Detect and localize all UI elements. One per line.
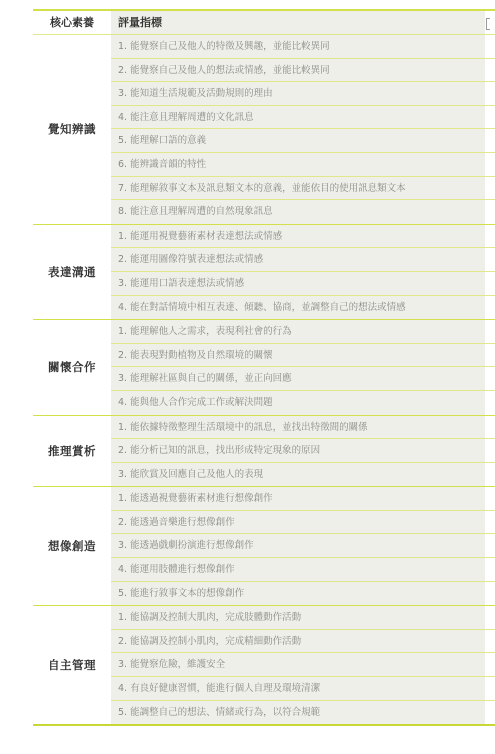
indicator-text: 1. 能協調及控制大肌肉，完成肢體動作活動	[111, 606, 485, 629]
indicator-row: 4. 能在對話情境中相互表達、傾聽、協商，並調整自己的想法或情感	[111, 296, 495, 320]
row-gap	[485, 534, 495, 557]
cutoff-glyph-icon	[486, 18, 490, 30]
competency-label: 關懷合作	[33, 320, 111, 414]
indicator-list: 1. 能理解他人之需求，表現利社會的行為2. 能表現對動植物及自然環境的關懷3.…	[111, 320, 495, 414]
row-gap	[485, 701, 495, 725]
indicator-list: 1. 能運用視覺藝術素材表達想法或情感2. 能運用圖像符號表達想法或情感3. 能…	[111, 225, 495, 319]
indicator-text: 2. 能表現對動植物及自然環境的關懷	[111, 344, 485, 367]
indicator-row: 5. 能進行敘事文本的想像創作	[111, 582, 495, 606]
competency-section: 覺知辨識1. 能覺察自己及他人的特徵及興趣，並能比較異同2. 能覺察自己及他人的…	[33, 35, 495, 225]
indicator-text: 7. 能理解敘事文本及訊息類文本的意義，並能依目的使用訊息類文本	[111, 177, 485, 200]
indicator-list: 1. 能協調及控制大肌肉，完成肢體動作活動2. 能協調及控制小肌肉，完成精細動作…	[111, 606, 495, 724]
row-gap	[485, 367, 495, 390]
indicator-row: 1. 能透過視覺藝術素材進行想像創作	[111, 487, 495, 511]
indicator-text: 5. 能進行敘事文本的想像創作	[111, 582, 485, 606]
indicator-text: 3. 能覺察危險，維護安全	[111, 653, 485, 676]
row-gap	[485, 558, 495, 581]
row-gap	[485, 630, 495, 653]
indicator-row: 1. 能依據特徵整理生活環境中的訊息，並找出特徵間的關係	[111, 416, 495, 440]
header-core-competency: 核心素養	[33, 11, 111, 34]
competency-section: 想像創造1. 能透過視覺藝術素材進行想像創作2. 能透過音樂進行想像創作3. 能…	[33, 487, 495, 606]
row-gap	[485, 511, 495, 534]
row-gap	[485, 35, 495, 58]
indicator-row: 2. 能表現對動植物及自然環境的關懷	[111, 344, 495, 368]
row-gap	[485, 272, 495, 295]
indicator-text: 1. 能運用視覺藝術素材表達想法或情感	[111, 225, 485, 248]
indicator-text: 1. 能理解他人之需求，表現利社會的行為	[111, 320, 485, 343]
row-gap	[485, 296, 495, 320]
indicator-text: 3. 能欣賞及回應自己及他人的表現	[111, 463, 485, 487]
row-gap	[485, 463, 495, 487]
row-gap	[485, 439, 495, 462]
indicator-text: 4. 能注意且理解周遭的文化訊息	[111, 106, 485, 129]
row-gap	[485, 225, 495, 248]
header-cutoff-column	[485, 11, 495, 34]
competency-label: 自主管理	[33, 606, 111, 724]
indicator-text: 2. 能協調及控制小肌肉，完成精細動作活動	[111, 630, 485, 653]
indicator-row: 3. 能覺察危險，維護安全	[111, 653, 495, 677]
indicator-row: 4. 有良好健康習慣，能進行個人自理及環境清潔	[111, 677, 495, 701]
indicator-text: 1. 能依據特徵整理生活環境中的訊息，並找出特徵間的關係	[111, 416, 485, 439]
indicator-text: 4. 能在對話情境中相互表達、傾聽、協商，並調整自己的想法或情感	[111, 296, 485, 320]
indicator-text: 8. 能注意且理解周遭的自然現象訊息	[111, 200, 485, 224]
competency-label: 推理賞析	[33, 416, 111, 487]
row-gap	[485, 582, 495, 606]
indicator-text: 2. 能透過音樂進行想像創作	[111, 511, 485, 534]
row-gap	[485, 606, 495, 629]
row-gap	[485, 177, 495, 200]
indicator-text: 2. 能運用圖像符號表達想法或情感	[111, 248, 485, 271]
indicator-row: 3. 能運用口語表達想法或情感	[111, 272, 495, 296]
indicator-text: 4. 能運用肢體進行想像創作	[111, 558, 485, 581]
table-body: 覺知辨識1. 能覺察自己及他人的特徵及興趣，並能比較異同2. 能覺察自己及他人的…	[33, 35, 495, 726]
indicator-row: 1. 能理解他人之需求，表現利社會的行為	[111, 320, 495, 344]
indicator-row: 1. 能協調及控制大肌肉，完成肢體動作活動	[111, 606, 495, 630]
row-gap	[485, 344, 495, 367]
competency-section: 表達溝通1. 能運用視覺藝術素材表達想法或情感2. 能運用圖像符號表達想法或情感…	[33, 225, 495, 320]
indicator-text: 4. 有良好健康習慣，能進行個人自理及環境清潔	[111, 677, 485, 700]
competency-label: 表達溝通	[33, 225, 111, 319]
indicator-row: 1. 能運用視覺藝術素材表達想法或情感	[111, 225, 495, 249]
row-gap	[485, 106, 495, 129]
row-gap	[485, 153, 495, 176]
indicator-list: 1. 能依據特徵整理生活環境中的訊息，並找出特徵間的關係2. 能分析已知的訊息，…	[111, 416, 495, 487]
indicator-text: 1. 能覺察自己及他人的特徵及興趣，並能比較異同	[111, 35, 485, 58]
indicator-row: 3. 能知道生活規範及活動規則的理由	[111, 82, 495, 106]
indicator-row: 4. 能與他人合作完成工作或解決問題	[111, 391, 495, 415]
indicator-text: 1. 能透過視覺藝術素材進行想像創作	[111, 487, 485, 510]
indicator-text: 3. 能知道生活規範及活動規則的理由	[111, 82, 485, 105]
competency-label: 覺知辨識	[33, 35, 111, 224]
indicator-row: 2. 能透過音樂進行想像創作	[111, 511, 495, 535]
indicator-row: 7. 能理解敘事文本及訊息類文本的意義，並能依目的使用訊息類文本	[111, 177, 495, 201]
indicator-row: 4. 能運用肢體進行想像創作	[111, 558, 495, 582]
row-gap	[485, 320, 495, 343]
row-gap	[485, 653, 495, 676]
indicator-row: 6. 能辨識音韻的特性	[111, 153, 495, 177]
indicator-text: 3. 能透過戲劇扮演進行想像創作	[111, 534, 485, 557]
competency-label: 想像創造	[33, 487, 111, 605]
indicator-text: 2. 能覺察自己及他人的想法或情感，並能比較異同	[111, 59, 485, 82]
header-assessment-indicator: 評量指標	[111, 11, 485, 34]
competency-section: 關懷合作1. 能理解他人之需求，表現利社會的行為2. 能表現對動植物及自然環境的…	[33, 320, 495, 415]
indicator-row: 3. 能理解社區與自己的關係，並正向回應	[111, 367, 495, 391]
indicator-row: 5. 能調整自己的想法、情緒或行為，以符合規範	[111, 701, 495, 725]
indicator-row: 8. 能注意且理解周遭的自然現象訊息	[111, 200, 495, 224]
indicator-row: 2. 能覺察自己及他人的想法或情感，並能比較異同	[111, 59, 495, 83]
indicator-text: 3. 能理解社區與自己的關係，並正向回應	[111, 367, 485, 390]
row-gap	[485, 248, 495, 271]
row-gap	[485, 677, 495, 700]
indicator-text: 5. 能理解口語的意義	[111, 129, 485, 152]
indicator-text: 2. 能分析已知的訊息，找出形成特定現象的原因	[111, 439, 485, 462]
indicator-text: 3. 能運用口語表達想法或情感	[111, 272, 485, 295]
table-header: 核心素養 評量指標	[33, 11, 495, 35]
indicator-row: 2. 能協調及控制小肌肉，完成精細動作活動	[111, 630, 495, 654]
indicator-row: 4. 能注意且理解周遭的文化訊息	[111, 106, 495, 130]
row-gap	[485, 59, 495, 82]
row-gap	[485, 487, 495, 510]
indicator-row: 5. 能理解口語的意義	[111, 129, 495, 153]
assessment-table: 核心素養 評量指標 覺知辨識1. 能覺察自己及他人的特徵及興趣，並能比較異同2.…	[33, 9, 495, 726]
row-gap	[485, 82, 495, 105]
competency-section: 自主管理1. 能協調及控制大肌肉，完成肢體動作活動2. 能協調及控制小肌肉，完成…	[33, 606, 495, 726]
indicator-row: 1. 能覺察自己及他人的特徵及興趣，並能比較異同	[111, 35, 495, 59]
indicator-list: 1. 能覺察自己及他人的特徵及興趣，並能比較異同2. 能覺察自己及他人的想法或情…	[111, 35, 495, 224]
indicator-text: 4. 能與他人合作完成工作或解決問題	[111, 391, 485, 415]
row-gap	[485, 416, 495, 439]
indicator-text: 6. 能辨識音韻的特性	[111, 153, 485, 176]
indicator-row: 2. 能運用圖像符號表達想法或情感	[111, 248, 495, 272]
indicator-list: 1. 能透過視覺藝術素材進行想像創作2. 能透過音樂進行想像創作3. 能透過戲劇…	[111, 487, 495, 605]
indicator-text: 5. 能調整自己的想法、情緒或行為，以符合規範	[111, 701, 485, 725]
indicator-row: 3. 能透過戲劇扮演進行想像創作	[111, 534, 495, 558]
row-gap	[485, 391, 495, 415]
indicator-row: 2. 能分析已知的訊息，找出形成特定現象的原因	[111, 439, 495, 463]
row-gap	[485, 200, 495, 224]
row-gap	[485, 129, 495, 152]
indicator-row: 3. 能欣賞及回應自己及他人的表現	[111, 463, 495, 487]
competency-section: 推理賞析1. 能依據特徵整理生活環境中的訊息，並找出特徵間的關係2. 能分析已知…	[33, 416, 495, 488]
